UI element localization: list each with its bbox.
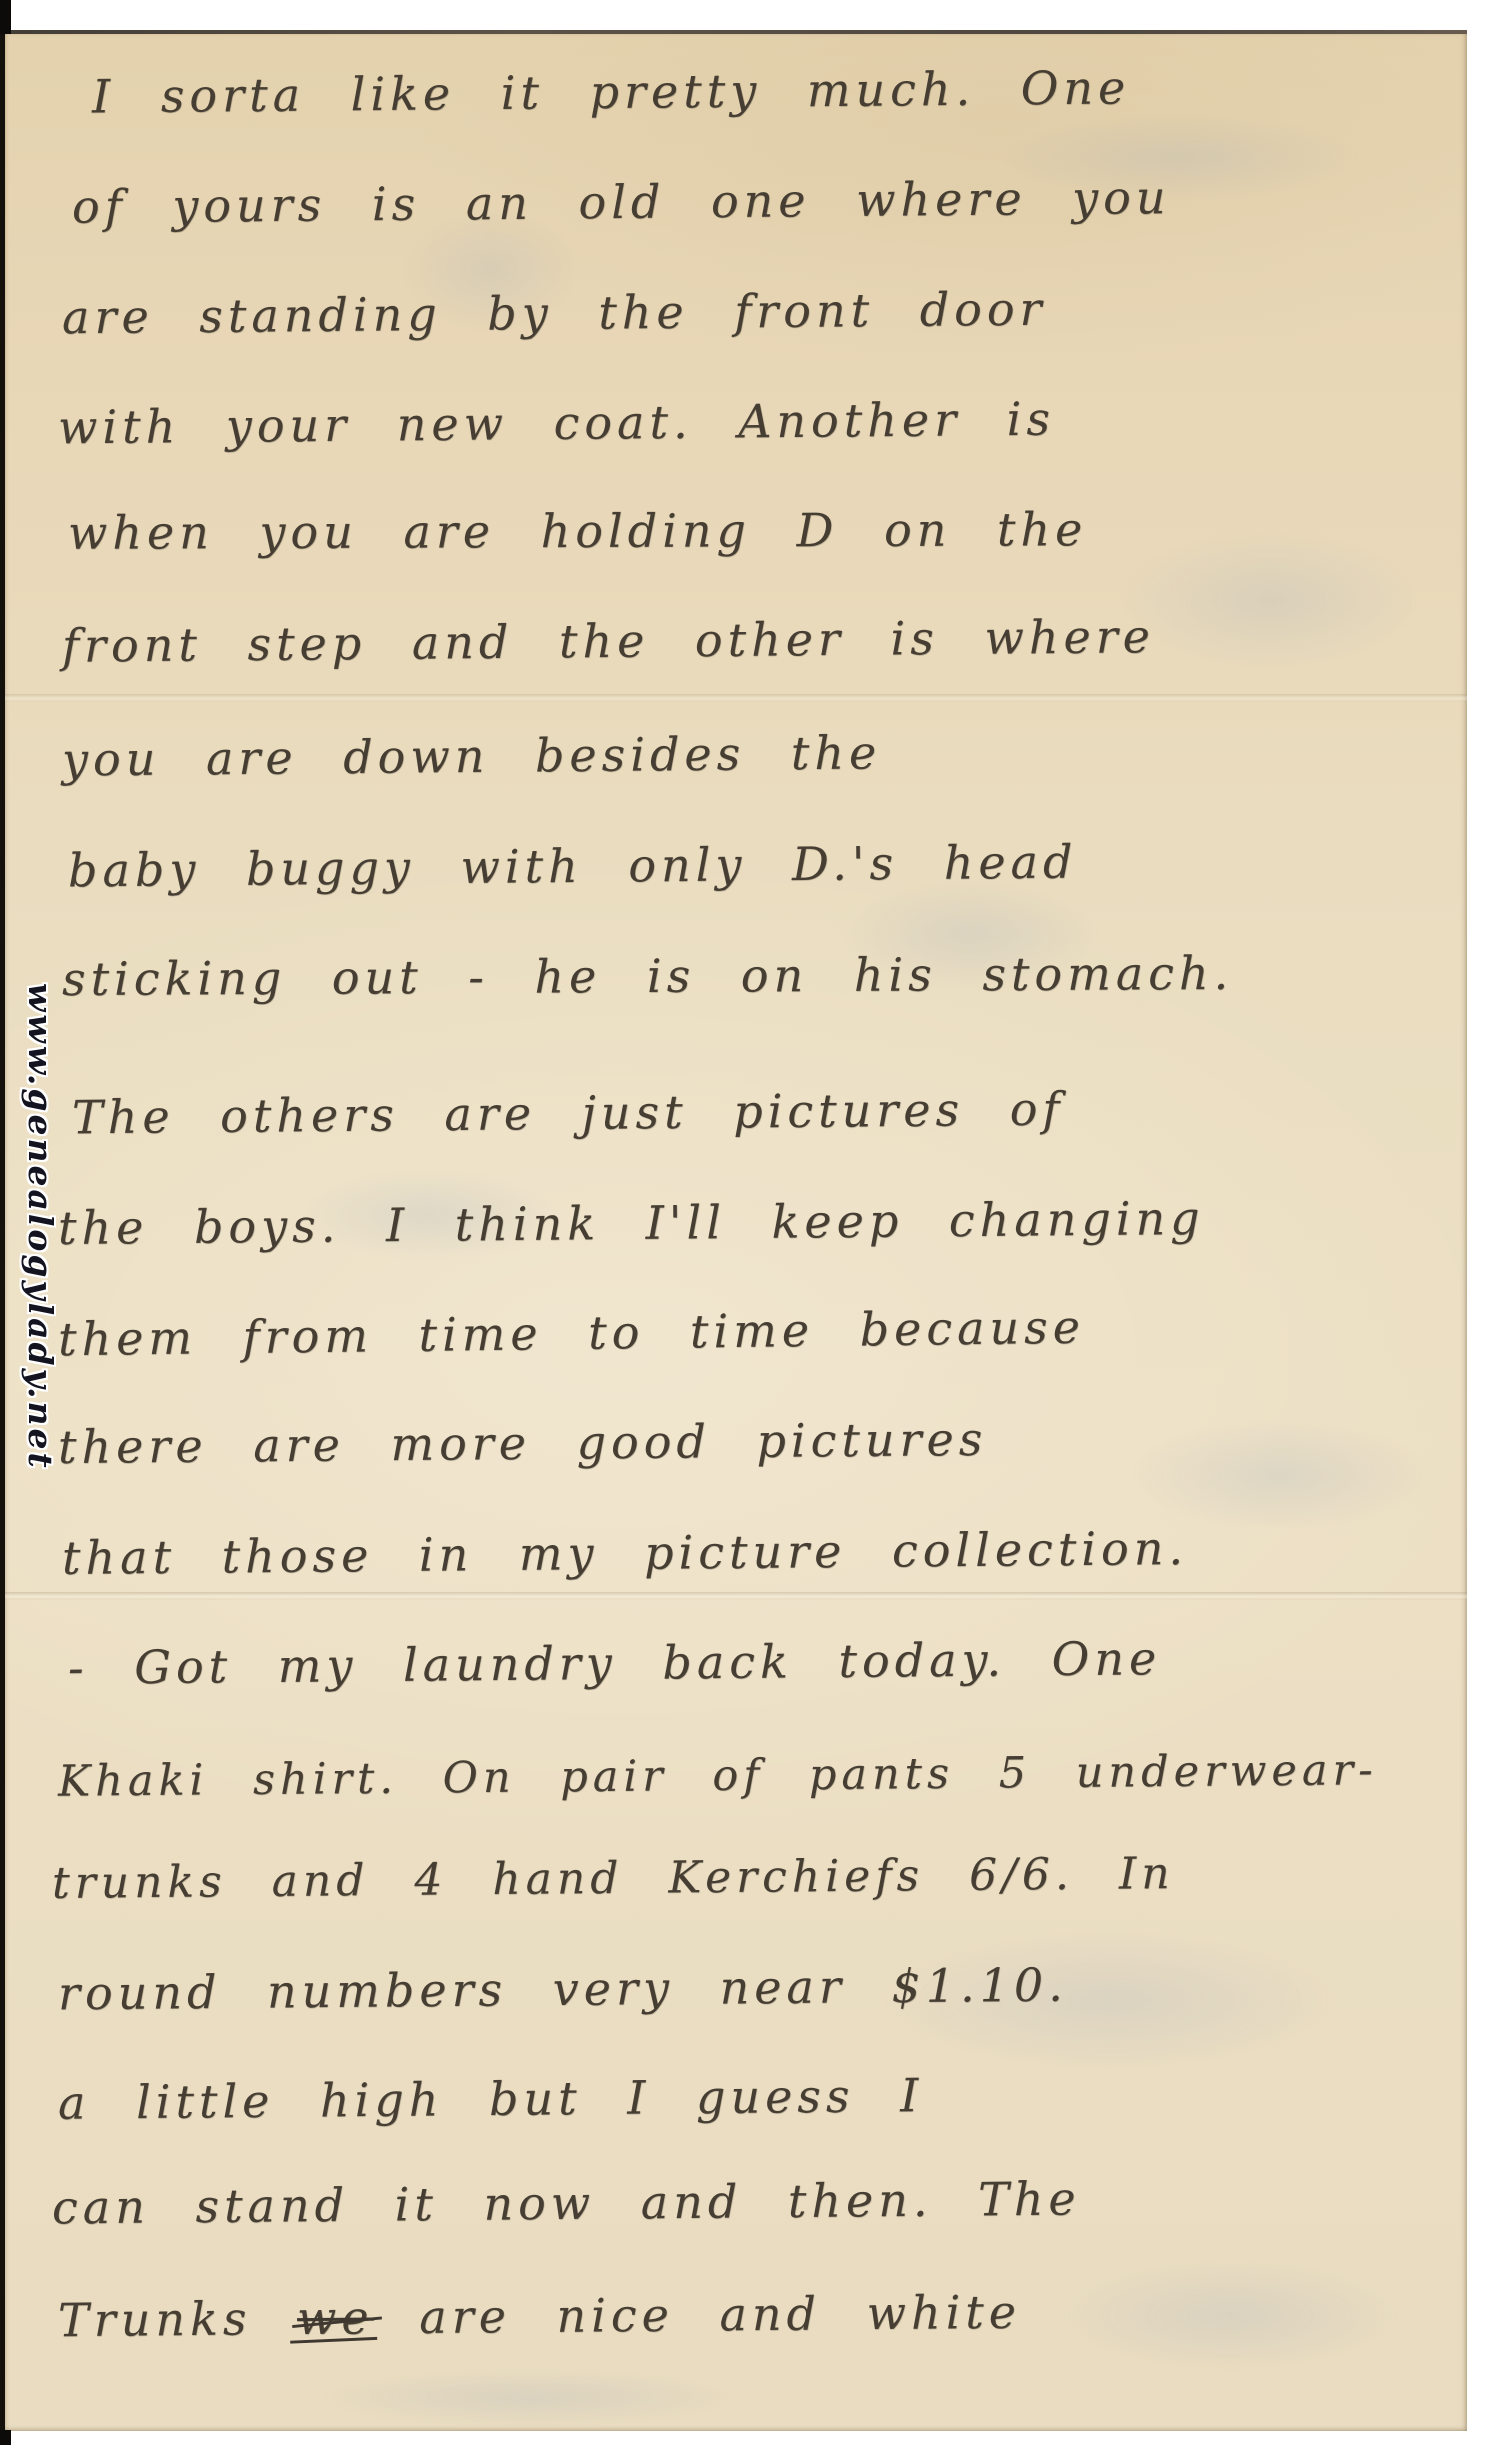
bleedthrough-smudge: [1060, 2260, 1400, 2370]
handwritten-line: can stand it now and then. The: [52, 2169, 1081, 2238]
bleedthrough-smudge: [1120, 530, 1420, 670]
bleedthrough-smudge: [1130, 1420, 1430, 1530]
handwritten-line: of yours is an old one where you: [72, 167, 1171, 237]
handwritten-line: with your new coat. Another is: [58, 389, 1055, 458]
handwritten-line: you are down besides the: [62, 722, 882, 789]
handwritten-line: there are more good pictures: [58, 1409, 988, 1477]
handwritten-line: I sorta like it pretty much. One: [92, 57, 1131, 126]
handwritten-line: The others are just pictures of: [72, 1079, 1065, 1148]
scanner-corner-mark: [0, 0, 11, 34]
handwritten-line: sticking out - he is on his stomach.: [62, 943, 1234, 1009]
handwritten-line: the boys. I think I'll keep changing: [58, 1188, 1205, 1258]
scanner-edge-strip: [0, 0, 5, 2445]
bleedthrough-smudge: [320, 2370, 740, 2425]
handwritten-line: them from time to time because: [58, 1297, 1086, 1370]
scanner-corner-mark: [0, 2430, 11, 2445]
fold-crease: [5, 1592, 1467, 1600]
paper-top-edge: [5, 30, 1467, 34]
handwritten-line: front step and the other is where: [62, 606, 1155, 676]
handwritten-line: baby buggy with only D.'s head: [68, 832, 1078, 901]
handwritten-line: trunks and 4 hand Kerchiefs 6/6. In: [52, 1844, 1175, 1914]
line-text-post: are nice and white: [373, 2285, 1021, 2345]
handwritten-line: a little high but I guess I: [58, 2065, 924, 2133]
handwritten-line: Khaki shirt. On pair of pants 5 underwea…: [58, 1740, 1378, 1812]
handwritten-line: that those in my picture collection.: [62, 1518, 1188, 1588]
crossed-out-word: we: [297, 2290, 374, 2345]
handwritten-line: Trunks we are nice and white: [58, 2282, 1022, 2350]
watermark: www.genealogylady.net: [21, 983, 60, 1471]
letter-scan: I sorta like it pretty much. One of your…: [0, 0, 1495, 2445]
handwritten-line: are standing by the front door: [62, 279, 1047, 348]
line-text-pre: Trunks: [58, 2291, 297, 2347]
handwritten-line: when you are holding D on the: [68, 499, 1088, 563]
handwritten-line: round numbers very near $1.10.: [58, 1955, 1068, 2024]
handwritten-line: - Got my laundry back today. One: [68, 1628, 1162, 1698]
fold-crease: [5, 694, 1467, 702]
